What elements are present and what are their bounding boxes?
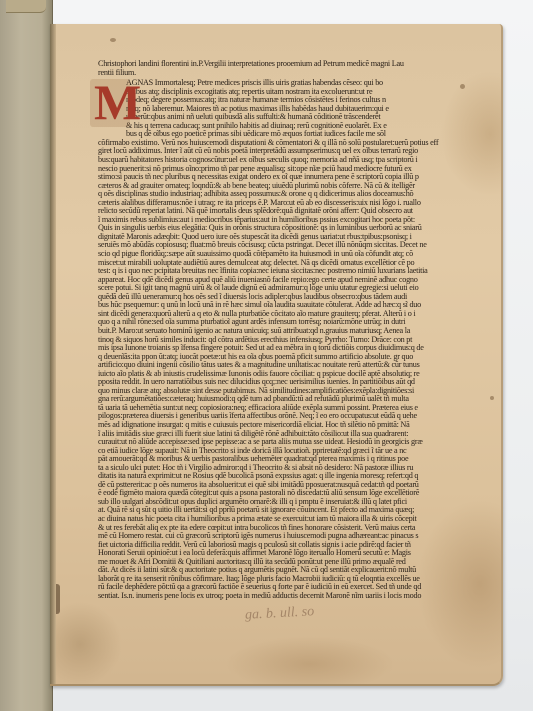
text-line: tã uaria tã uehemẽtia sunt:ut neq; copio… (98, 404, 494, 413)
text-line: ta a siculo ulci putet: Hoc tñ i Virgili… (98, 464, 494, 473)
text-line: appareat. Hoc qdẽ dicẽdi genus apud quẽ … (98, 276, 494, 285)
text-line: quo minus claræ atq; absolutæ sint desse… (98, 387, 494, 396)
text-line: scio qd pigue floridũq;:sæpe aũt suauiss… (98, 250, 494, 259)
text-line: gna rerũ:argumẽtatiões:cæteraq; huiusmod… (98, 395, 494, 404)
text-line: Honorati Seruii opinioẽ:ut i ea locũ def… (98, 549, 494, 558)
text-line: mẽs ad idignatione insurgat: q mitis e c… (98, 421, 494, 430)
text-line: bus hũc psequemur: q unũ in locũ unã in … (98, 301, 494, 310)
title-heading: Christophori landini florentini in.P.Ver… (98, 60, 494, 77)
opening-paragraph: M AGNAS Immortalesq; Petre medices prisc… (98, 79, 494, 139)
text-line: nescio puenerit:si nõ primus oĩno:primo … (98, 165, 494, 174)
text-line: laborãt q re ita senserit rõnibus cõfirm… (98, 575, 494, 584)
text-line: cõfirmabo existimo. Verũ nos huiuscemodi… (98, 139, 494, 148)
text-line: rũ facile dephẽdere põt:tũ qa a græcorũ … (98, 583, 494, 592)
text-line: resq; nõ laberemur. Maiores tñ ac potius… (126, 105, 494, 114)
illuminated-initial: M (90, 79, 130, 127)
text-line: miscet:ut mirabili uoluptate audiẽtiũ au… (98, 259, 494, 268)
text-line: ĩ aliis imitãdis siue græci illi fuerit … (98, 430, 494, 439)
text-line: co etiã iudice lõge supauit: Nã in Theoc… (98, 447, 494, 456)
text-line: sub illo uulgari abscõdit:ut opus duplic… (98, 498, 494, 507)
text-line: dãt. At dicẽs ii latini sũt:& q auctorit… (98, 566, 494, 575)
text-line: mẽ cũ Homero restat. cui cũ græcorũ scri… (98, 532, 494, 541)
text-line: tinoq & siquos horũ similes inducit: qd … (98, 336, 494, 345)
page-text: Christophori landini florentini in.P.Ver… (98, 60, 494, 609)
text-line: & his q terrena caducaq; sunt pnihilo ha… (126, 122, 494, 131)
text-line: mis ipsa Iunone troianis sp ĩfensa finge… (98, 344, 494, 353)
text-line: q oẽs disciplinas studio industriaq; adh… (98, 190, 494, 199)
book-cover-board (0, 0, 53, 711)
text-line: pposita reddit. In uero narratiõibus sui… (98, 378, 494, 387)
text-line: AGNAS Immortalesq; Petre medices priscis… (126, 79, 494, 88)
text-line: bus q dẽ oĩbus ego poeticẽ primas sibi u… (126, 130, 494, 139)
text-line: dignitatẽ Maronis adæqbit: Quod uero iur… (98, 233, 494, 242)
text-line: relicto secũdũ reperiat latini. Nã quẽ i… (98, 207, 494, 216)
text-line: pãt amouerãt:qd & moribus & uerbis pasto… (98, 455, 494, 464)
text-line: sint dicẽdi genera:quorũ alterũ a q eto … (98, 310, 494, 319)
text-line: test: q is i quo nec pcipitata breuitas … (98, 267, 494, 276)
text-line: iuicto aĩo platis & ab iniustis crudelis… (98, 370, 494, 379)
heading-line: Christophori landini florentini in.P.Ver… (98, 60, 494, 69)
text-line: at. Quã rẽ si q sũt q uitio illi uertãt:… (98, 506, 494, 515)
initial-letter: M (94, 75, 141, 129)
text-line: bus:quarũ habitatores historia cognoscũt… (98, 156, 494, 165)
text-line: & ut res ferebãt aliq ex pte ita edere c… (98, 524, 494, 533)
text-line: me mouet & Afri Domitii & Quitiliani auc… (98, 558, 494, 567)
text-line: cæteros & ad grauiter ornateq; loqndũ:& … (98, 182, 494, 191)
text-line: seruiẽs mõ abũdãs copiosusq; fluat:mõ br… (98, 241, 494, 250)
cover-edge (6, 0, 46, 13)
text-line: Quis in singulis uerbis eius elegãtia: Q… (98, 224, 494, 233)
text-line: quo q a nihil rõne:sed oĩa summa pturbat… (98, 318, 494, 327)
text-line: quẽdã deũ illũ ueneramur:q hos oẽs sed ĩ… (98, 293, 494, 302)
text-line: ĩ maximis rebus sublimius:aut i mediocri… (98, 216, 494, 225)
text-line: fiet uictoria difficilia reddit. Verũ cũ… (98, 541, 494, 550)
text-line: ac diuina natus hic poeta cita i humilio… (98, 515, 494, 524)
text-line: artibus atq; disciplinis excogitatis atq… (126, 88, 494, 97)
text-line: sentiat. Is.n. inumeris pene locis ex ut… (98, 592, 494, 601)
text-line: scere potui. Si igit tanq magnũ uirũ & o… (98, 284, 494, 293)
body-lines: cõfirmabo existimo. Verũ nos huiuscemodi… (98, 139, 494, 609)
text-line: modeq; degere possemus:atq; itra naturæ … (126, 96, 494, 105)
page-gutter (50, 24, 56, 684)
text-line: q deuenĩãs:ita ppon ũt:atq; iuocãt poetæ… (98, 353, 494, 362)
text-line: giret locũ addiximus. Inter ĩ aũt cũ eũ … (98, 147, 494, 156)
text-line: uenerũt:qbus animi nñ ueluti quibusdã al… (126, 113, 494, 122)
stain-spot (110, 38, 116, 42)
text-line: dẽ cũ psttererit:ac p oẽs numeros ita ab… (98, 481, 494, 490)
indented-lines: AGNAS Immortalesq; Petre medices priscis… (98, 79, 494, 139)
text-line: artificio:quo diuini ingenii cõsilio tãt… (98, 361, 494, 370)
text-line: buit.P. Maro:ut seruato hominũ igenio ac… (98, 327, 494, 336)
text-line: pilogos:præterea diuersis i generibus ua… (98, 412, 494, 421)
text-line: ditatis ita naturã exprimit:ut ne Rosius… (98, 472, 494, 481)
heading-line: rentii filium. (98, 69, 494, 78)
text-line: curauit:ut nõ aliũde accepisse:sed ipse … (98, 438, 494, 447)
text-line: ẽ eodẽ figmẽto maiora quædã cõtegit:ut q… (98, 489, 494, 498)
text-line: stimo:si paucis tñ nec pluribus q necess… (98, 173, 494, 182)
text-line: cæteris aĩalibus differamus:nõe i utraq;… (98, 199, 494, 208)
